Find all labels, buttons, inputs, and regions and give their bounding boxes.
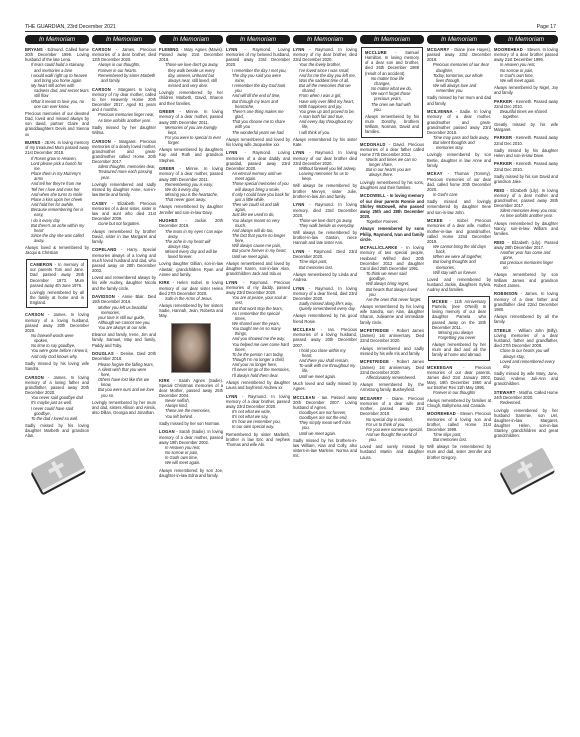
verse: Mother you left us beautiful memories,yo… (92, 305, 156, 331)
verse: Time slips past,But memories last. (293, 259, 357, 269)
memoriam-notice: MOOREHEAD - Steven. Precious memories of… (427, 411, 491, 459)
remembered-by: Always remembered by Nigel, Joy and fami… (494, 85, 558, 95)
memoriam-notice: FLEMING - Mary Agnes (Mavis). Passed awa… (159, 47, 223, 106)
verse: Together Forever. (360, 219, 424, 224)
publication-dateline: THE GUARDIAN, 23rd December 2021 (25, 24, 116, 31)
memoriam-notice: CASEY - Elizabeth. Precious memories of … (92, 201, 156, 244)
verse: No farewell words were spoken,No time to… (25, 333, 89, 359)
memoriam-notice: CARSON - James. In loving memory of a lo… (25, 312, 89, 371)
memoriam-notice: BURNS - JEAN. In loving memory of my tre… (25, 140, 89, 255)
remembered-by: Sadly missed by her daughter Wilma. (92, 125, 156, 135)
remembered-by: Sadly missed by wife Mary, June, David, … (494, 371, 558, 386)
memoriam-notice: GREER - Minnie. In loving memory of a de… (159, 166, 223, 214)
remembered-by: Always remembered by daughter Laura and … (226, 380, 290, 390)
memoriam-notice: LYNN - Raymond. In loving memory of my d… (293, 47, 357, 147)
verse: Safe in the Arms of Jesus. (159, 296, 223, 301)
verse: Sadly missed along life's way,Quietly re… (293, 301, 357, 311)
remembered-by: Always remembered by daughters Kay and R… (159, 147, 223, 162)
remembered-by: Remembered by sister Marbeth, brother in… (226, 432, 290, 447)
verse: Never selfish,Always kind,These are the … (159, 398, 223, 419)
column-8: In MemoriamMOOREHEAD - Steven. In loving… (494, 35, 558, 496)
remembered-by: Lovingly remembered by her husband Sammi… (494, 408, 558, 439)
bible-cross-icon (27, 448, 87, 496)
verse: You never said goodbye dadIt's maybe jus… (25, 395, 89, 421)
section-heading: In Memoriam (159, 35, 223, 44)
memorial-photo (171, 323, 211, 373)
memoriam-notice: MCFETRIDGE - Robert James (James) 1st an… (360, 359, 424, 392)
remembered-by: Lovingly remembered by his sons, daughte… (360, 180, 424, 190)
memoriam-notice: REID - Elizabeth (Lily). In loving memor… (494, 188, 558, 236)
verse: You are at peace, your soul at rest,But … (226, 295, 290, 378)
memoriam-notice: COPELAND - Harry. Special memories alway… (92, 247, 156, 290)
verse: We cannot bring the old days back,When w… (427, 244, 491, 275)
memoriam-notice: MCGARRY - Diane (nee Hayes), passed away… (427, 47, 491, 106)
remembered-by: Lovingly remembered by son Bertie, daugh… (427, 152, 491, 167)
remembered-by: Loved and remembered always by his wife … (92, 275, 156, 290)
verse: No special day is needed,For us to think… (360, 417, 424, 443)
remembered-by: Sadly missed by her mum and dad and fami… (427, 95, 491, 105)
memoriam-notice: LYNN - Raymond. In loving memory of a de… (226, 394, 290, 448)
memoriam-notice: LYNN - Raymond. Loving memories of my be… (226, 47, 290, 147)
memoriam-notice: LYNN - Raymond. In loving memory of our … (293, 150, 357, 198)
verse: In Heaven you rest,No sorrow or pain,In … (494, 62, 558, 83)
section-heading: In Memoriam (293, 35, 357, 44)
memoriam-notice: DOUGLAS - Denise. Died 20th December 201… (92, 351, 156, 415)
memoriam-notice: LYNN - Raymond. In loving memory, died 2… (293, 202, 357, 245)
memoriam-notice: CARSON - Margaret. Precious memories of … (92, 139, 156, 198)
memoriam-notice: MCKEEGAN - Precious memories of our dear… (427, 365, 491, 408)
column-3: In MemoriamFLEMING - Mary Agnes (Mavis).… (159, 35, 223, 496)
remembered-by: Always remembered by brother David, sist… (92, 229, 156, 244)
remembered-by: Lovingly remembered by her children Marb… (159, 90, 223, 105)
remembered-by: Sadly missed by her son Norman. (159, 421, 223, 426)
column-1: In MemoriamBRYANS - Edmund. Called home … (25, 35, 89, 496)
memoriam-notice: MCKEE - Isobel. Precious memories of a d… (427, 218, 491, 292)
remembered-by: Lovingly remembered by her mum and dad, … (92, 400, 156, 415)
memoriam-columns: In MemoriamBRYANS - Edmund. Called home … (25, 35, 556, 496)
verse: Precious memories linger near,As time un… (92, 112, 156, 122)
remembered-by: Will always be remembered by brother-in-… (293, 230, 357, 245)
memoriam-notice: GREER - Minnie. In loving memory of a de… (159, 109, 223, 163)
memoriam-notice: LYNN - Raymond. Died 23rd December 2020.… (293, 249, 357, 282)
remembered-by: Always remembered by his good friend Ros… (293, 313, 357, 323)
verse: In Heaven you rest,No sorrow or pain,In … (159, 445, 223, 466)
remembered-by: Always remembered by Linda and Andrea. (293, 272, 357, 282)
memoriam-notice: MCFETRIDGE - Robert James (James) 1st an… (360, 328, 424, 356)
remembered-by: Precious memories of our devoted Dad, lo… (25, 111, 89, 137)
section-heading: In Memoriam (226, 35, 290, 44)
verse: Goodbyes are not forever,Goodbyes are no… (293, 410, 357, 436)
column-6: In MemoriamMCCLURE - Samuel Hamilton. In… (360, 35, 424, 496)
remembered-by: Always remembered and sadly missed by hi… (360, 346, 424, 356)
memoriam-notice: PARKER - Kenneth. Passed away 22nd Dec 2… (494, 135, 558, 158)
remembered-by: Always remembered by his mum Dorothy, br… (365, 114, 419, 135)
section-heading: In Memoriam (427, 35, 491, 44)
section-heading: In Memoriam (92, 35, 156, 44)
memoriam-notice: MCGARRY - Diane. Precious memories of a … (360, 396, 424, 460)
remembered-by: Loving daughter Gillian, son-in-law Alas… (159, 261, 223, 276)
verse: No matter how life changes,No matter wha… (365, 76, 419, 112)
remembered-by: Always remembered by sons Philip, Raymon… (360, 226, 424, 241)
remembered-by: Always remembered by daughter Jennifer a… (159, 204, 223, 214)
memoriam-notice: LYNN - Raymond. In loving memory of a de… (293, 286, 357, 324)
remembered-by: Always loved & remembered by Jacqui & Ch… (25, 245, 89, 255)
remembered-by: Much loved and sadly missed by Agnes. (293, 381, 357, 391)
memoriam-notice: CAMERON - In memory of our parents Tom a… (26, 259, 88, 308)
memoriam-notice: ROBINSON - James. In loving memory of a … (494, 291, 558, 324)
memoriam-notice: MCCLURE - Samuel Hamilton. In loving mem… (361, 47, 423, 138)
verse: Those we love don't go away, they walk b… (159, 62, 223, 88)
remembered-by: Always remembered and loved by his lovin… (226, 137, 290, 147)
verse: I hold you close within my heart,And the… (293, 348, 357, 379)
remembered-by: Always remembered by families at Clough,… (427, 398, 491, 408)
remembered-by: Always remembered by his loving wife San… (360, 304, 424, 325)
verse: If tears could build a stairway, and mem… (25, 62, 89, 108)
verse: Remembering you is easy,We do it every d… (159, 182, 223, 203)
remembered-by: Always remembered by daughter Nancy, son… (494, 221, 558, 236)
remembered-by: Sadly missed by his loving wife Sandra. (25, 361, 89, 371)
section-heading: In Memoriam (25, 35, 89, 44)
verse: Always in our thoughts,Forever in our he… (92, 62, 156, 83)
memoriam-notice: STEWART - Martha. Called Home 24th Decem… (494, 390, 558, 438)
page-number: Page 17 (537, 24, 556, 31)
remembered-by: Always remembered by the Armstrong famil… (360, 382, 424, 392)
verse: Missing you alwaysForgetting you never (432, 330, 486, 340)
memoriam-notice: MCDONALD - David. Precious memories of a… (360, 142, 424, 190)
memoriam-notice: KIRK - Helen Isobel. In loving memory of… (159, 280, 223, 318)
remembered-by: Always remembered by son Joe, daughter-i… (159, 468, 223, 478)
verse: Memories of you are lovingly kept,For yo… (159, 125, 223, 146)
remembered-by: Sadly missed by his brothers-in-law Will… (293, 438, 357, 459)
column-2: In MemoriamCARSON - James. Precious memo… (92, 35, 156, 496)
verse: Affectionately remembered. (360, 375, 424, 380)
bible-cross-icon (496, 448, 556, 496)
remembered-by: Sadly missed by his son David and grands… (494, 174, 558, 184)
column-4: In MemoriamLYNN - Raymond. Loving memori… (226, 35, 290, 496)
verse: In God's care. (427, 192, 491, 197)
verse: Silent thoughts, memories dear,Treasured… (92, 164, 156, 179)
memoriam-notice: MCDOWELL - In loving memory of our dear … (360, 193, 424, 241)
memoriam-notice: CARSON - James. Precious memories of a d… (92, 47, 156, 83)
verse: If Roses grow in Heaven,Lord please pick… (25, 156, 89, 244)
memoriam-notice: LYNN - Raymond. Loving memories of a dea… (226, 150, 290, 276)
memoriam-notice: HUGHES - Jackie. 20th December 2019.The … (159, 218, 223, 277)
notice-intro: - 11th Anniversary Pamela, (nee O'Neill)… (432, 299, 486, 330)
memoriam-notice: MCFALL/CLARKE - In loving memory of two … (360, 245, 424, 324)
verse: Forever in our thoughts (427, 390, 491, 395)
remembered-by: Always remembered by all the family. (494, 314, 558, 324)
remembered-by: Always remembered and loved by daughter … (226, 261, 290, 276)
column-7: In MemoriamMCGARRY - Diane (nee Hayes), … (427, 35, 491, 496)
verse: Without farewell you fell asleep,Leaving… (293, 166, 357, 181)
memoriam-notice: MCCLEAN - Ian. Passed away 20th December… (293, 395, 357, 459)
memoriam-notice: REID - Elizabeth (Lily). Passed away 28t… (494, 240, 558, 288)
verse: Silent memories keep you near,As time un… (494, 208, 558, 218)
remembered-by: Sadly missed and lovingly remembered by … (427, 199, 491, 214)
memoriam-notice: DAVIDSON - Annie Blair. Died 15th Decemb… (92, 294, 156, 348)
remembered-by: Lovingly remembered by all the family at… (30, 290, 84, 305)
verse: Redeemed. (494, 400, 558, 405)
verse: Time slips past,But memories last. (427, 432, 491, 442)
column-5: In MemoriamLYNN - Raymond. In loving mem… (293, 35, 357, 496)
memoriam-notice: LYNN - Raymond. Precious memories of my … (226, 280, 290, 390)
remembered-by: Lovingly remembered and sadly missed by … (92, 182, 156, 197)
section-heading: In Memoriam (360, 35, 424, 44)
memoriam-notice: CARSON - Margaret. In loving memory of m… (92, 87, 156, 135)
masthead: THE GUARDIAN, 23rd December 2021 Page 17 (25, 20, 556, 32)
remembered-by: Sadly missed by his loving daughter Marb… (25, 423, 89, 438)
verse: Those we love don't go away,They walk be… (293, 218, 357, 228)
memoriam-notice: PARKER - Kenneth. Passed away 22nd Dec 2… (494, 99, 558, 132)
verse: Words and times we can no longer share,B… (360, 157, 424, 178)
verse: Your the lovely brother,I've loved since… (293, 62, 357, 134)
memoriam-notice: CARSON - James. In loving memory of a lo… (25, 375, 89, 439)
memoriam-notice: MCILVENNA - Sadie. In loving memory of a… (427, 109, 491, 168)
remembered-by: Always remembered by his sister Kate. (293, 137, 357, 147)
verse: Please forgive the falling tears,A silen… (92, 362, 156, 398)
verse: I remember the day I met you,The day you… (226, 68, 290, 135)
memoriam-notice: MCKAY - Thomas (Tommy). Precious memorie… (427, 171, 491, 214)
remembered-by: Always remembered by son William James a… (494, 272, 558, 287)
remembered-by: Always remembered by her sisters Sadie, … (159, 303, 223, 318)
remembered-by: Eleanor and family, Irene, Jim and famil… (92, 332, 156, 347)
remembered-by: Sadly missed by his daughter Helen and s… (494, 148, 558, 158)
verse: Gone but not forgotten. (92, 221, 156, 226)
verse: Time may pass and fade away,But silent t… (427, 135, 491, 150)
memoriam-notice: LOGAN - Sarah (Sadie). In loving memory … (159, 429, 223, 477)
memoriam-notice: PARKER - Kenneth. Passed away 22nd Dec 2… (494, 161, 558, 184)
remembered-by: Greatly missed by his wife Margaret. (494, 122, 558, 132)
remembered-by: Loved and sorely missed by husband Marti… (360, 444, 424, 459)
verse: The tears in my eyes I can wipe away,The… (159, 229, 223, 260)
memoriam-notice: KIRK - Sarah Agnes (Sadie). Special Chri… (159, 378, 223, 426)
verse: Close to our hearts you will always stay… (494, 348, 558, 369)
remembered-by: Will always be remembered by mum and dad… (427, 444, 491, 459)
verse: To think we never said goodbye,Will alwa… (360, 271, 424, 302)
memoriam-notice: STEELE - William John (Billy). Loving me… (494, 328, 558, 387)
verse: Precious memories of our dear daughter,T… (427, 62, 491, 93)
verse: It's not what we write,It's not what we … (226, 409, 290, 430)
memoriam-notice: MCKEE - 11th Anniversary Pamela, (nee O'… (428, 296, 490, 361)
remembered-by: Will always be remembered by brother Mer… (293, 183, 357, 198)
remembered-by: Loved and remembered by husband Jackie, … (427, 277, 491, 292)
verse: An eternal memory until we meet again.Th… (226, 171, 290, 259)
verse: Another year has come and gone,But preci… (494, 250, 558, 271)
remembered-by: Always remembered by her mum and dad and… (432, 342, 486, 357)
memoriam-notice: MCCLEAN - Ian. Precious memories of a lo… (293, 327, 357, 391)
memoriam-notice: MOOREHEAD - Steven. In loving memory of … (494, 47, 558, 95)
verse: Beautiful times we shared together. (494, 109, 558, 119)
section-heading: In Memoriam (494, 35, 558, 44)
memoriam-notice: BRYANS - Edmund. Called home 20th Decemb… (25, 47, 89, 137)
